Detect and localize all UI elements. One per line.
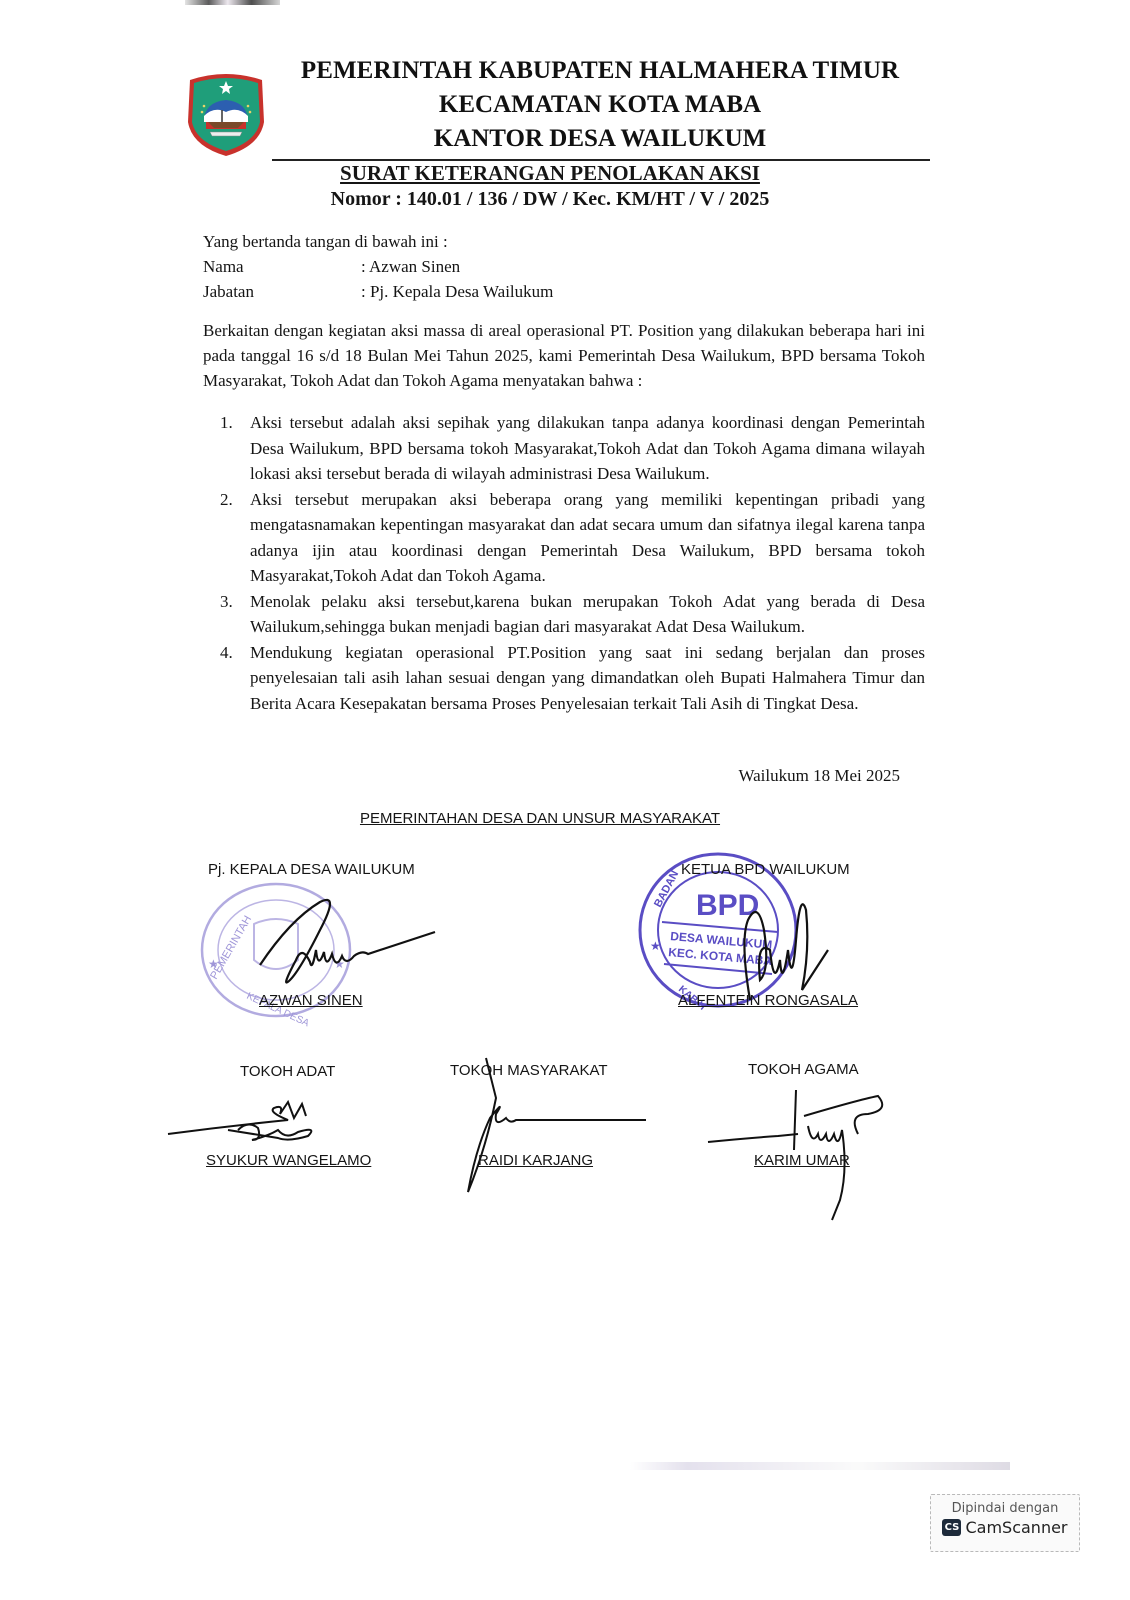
signatory-name-row: Nama : Azwan Sinen	[203, 254, 925, 279]
village-head-title: Pj. KEPALA DESA WAILUKUM	[208, 861, 415, 878]
list-item: 2. Aksi tersebut merupakan aksi beberapa…	[220, 487, 925, 589]
list-text: Aksi tersebut merupakan aksi beberapa or…	[250, 487, 925, 589]
signatures-heading: PEMERINTAHAN DESA DAN UNSUR MASYARAKAT	[190, 810, 890, 827]
field-value: : Pj. Kepala Desa Wailukum	[361, 279, 553, 304]
regency-emblem-logo	[180, 66, 272, 158]
camscanner-brand: CamScanner	[965, 1518, 1067, 1537]
camscanner-watermark: Dipindai dengan CS CamScanner	[930, 1494, 1080, 1552]
svg-text:PEMERINTAH: PEMERINTAH	[208, 914, 254, 982]
customary-leader-name: SYUKUR WANGELAMO	[206, 1152, 371, 1169]
list-text: Menolak pelaku aksi tersebut,karena buka…	[250, 589, 925, 640]
bpd-chair-name: ALFENTEIN RONGASALA	[678, 992, 858, 1009]
list-number: 3.	[220, 589, 250, 640]
letterhead-district: KECAMATAN KOTA MABA	[270, 88, 930, 122]
list-number: 1.	[220, 410, 250, 487]
community-leader-signature	[466, 1058, 656, 1203]
field-label: Nama	[203, 254, 361, 279]
svg-text:★: ★	[208, 957, 219, 971]
list-item: 3. Menolak pelaku aksi tersebut,karena b…	[220, 589, 925, 640]
bpd-chair-title: KETUA BPD WAILUKUM	[681, 861, 850, 878]
customary-leader-signature	[168, 1100, 348, 1155]
signatory-block: Yang bertanda tangan di bawah ini : Nama…	[203, 229, 925, 304]
letterhead: PEMERINTAH KABUPATEN HALMAHERA TIMUR KEC…	[270, 54, 930, 156]
document-title-block: SURAT KETERANGAN PENOLAKAN AKSI Nomor : …	[170, 160, 930, 212]
list-number: 2.	[220, 487, 250, 589]
camscanner-logo-icon: CS	[942, 1519, 961, 1536]
svg-text:★: ★	[650, 939, 661, 953]
signatory-intro: Yang bertanda tangan di bawah ini :	[203, 229, 925, 254]
religious-leader-title: TOKOH AGAMA	[748, 1061, 859, 1078]
statements-list: 1. Aksi tersebut adalah aksi sepihak yan…	[220, 410, 925, 716]
village-head-name: AZWAN SINEN	[259, 992, 363, 1009]
list-number: 4.	[220, 640, 250, 717]
field-label: Jabatan	[203, 279, 361, 304]
scan-edge-artifact	[185, 0, 280, 5]
list-item: 4. Mendukung kegiatan operasional PT.Pos…	[220, 640, 925, 717]
place-date: Wailukum 18 Mei 2025	[690, 766, 900, 786]
community-leader-name: RAIDI KARJANG	[478, 1152, 593, 1169]
statement-paragraph: Berkaitan dengan kegiatan aksi massa di …	[203, 318, 925, 393]
list-item: 1. Aksi tersebut adalah aksi sepihak yan…	[220, 410, 925, 487]
field-value: : Azwan Sinen	[361, 254, 460, 279]
signatory-position-row: Jabatan : Pj. Kepala Desa Wailukum	[203, 279, 925, 304]
letterhead-office: KANTOR DESA WAILUKUM	[270, 122, 930, 156]
religious-leader-name: KARIM UMAR	[754, 1152, 850, 1169]
customary-leader-title: TOKOH ADAT	[240, 1063, 335, 1080]
document-number: Nomor : 140.01 / 136 / DW / Kec. KM/HT /…	[170, 186, 930, 212]
scan-edge-artifact	[630, 1462, 1010, 1470]
letterhead-government: PEMERINTAH KABUPATEN HALMAHERA TIMUR	[270, 54, 930, 88]
scanned-with-label: Dipindai dengan	[931, 1501, 1079, 1516]
document-title: SURAT KETERANGAN PENOLAKAN AKSI	[170, 160, 930, 186]
list-text: Mendukung kegiatan operasional PT.Positi…	[250, 640, 925, 717]
list-text: Aksi tersebut adalah aksi sepihak yang d…	[250, 410, 925, 487]
village-head-signature	[250, 890, 450, 1005]
